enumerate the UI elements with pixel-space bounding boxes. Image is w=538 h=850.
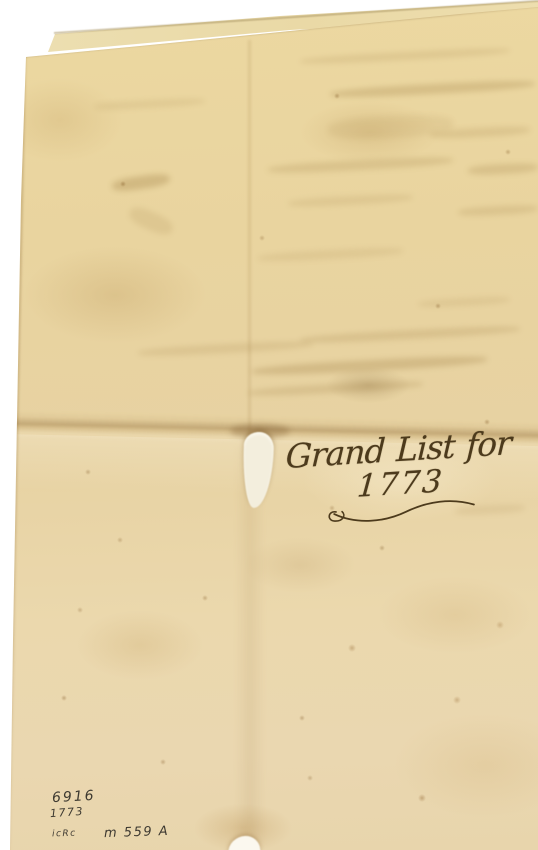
archive-code-right-annotation: m 559 A [104,824,170,841]
manuscript-page: Grand List for 1773 6916 1773 icRc m 559… [0,0,538,850]
scanned-document-image: Grand List for 1773 6916 1773 icRc m 559… [0,0,538,850]
year-annotation: 1773 [50,805,85,820]
vertical-fold-line [248,40,251,435]
catalog-number-annotation: 6916 [52,788,96,806]
handwritten-title: Grand List for 1773 [265,422,534,530]
archive-code-left-annotation: icRc [52,829,77,840]
